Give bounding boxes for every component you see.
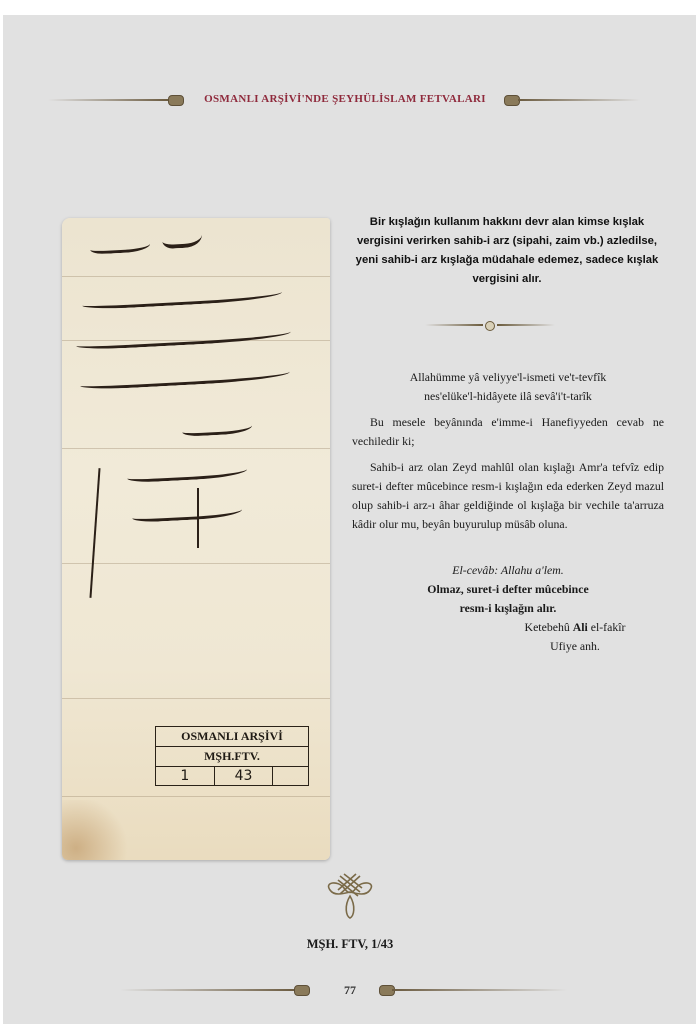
calligraphy-stroke bbox=[127, 460, 248, 483]
answer-text: Olmaz, suret-i defter mûcebince resm-i k… bbox=[352, 580, 664, 618]
calligraphy-stroke bbox=[182, 416, 253, 437]
stamp-archive-name: OSMANLI ARŞİVİ bbox=[156, 727, 308, 747]
invocation-line-2: nes'elüke'l-hidâyete ilâ sevâ'i't-tarîk bbox=[352, 387, 664, 406]
answer-line-2: resm-i kışlağın alır. bbox=[352, 599, 664, 618]
page-number: 77 bbox=[330, 983, 370, 998]
stamp-cell-empty bbox=[273, 767, 308, 786]
invocation: Allahümme yâ veliyye'l-ismeti ve't-tevfî… bbox=[352, 368, 664, 406]
invocation-line-1: Allahümme yâ veliyye'l-ismeti ve't-tevfî… bbox=[352, 368, 664, 387]
header-rule-right bbox=[518, 99, 640, 101]
calligraphy-stroke bbox=[197, 488, 199, 548]
finial-ornament-icon bbox=[168, 95, 184, 106]
calligraphy-stroke bbox=[90, 234, 151, 254]
age-stain bbox=[62, 800, 132, 860]
fetva-summary: Bir kışlağın kullanım hakkını devr alan … bbox=[352, 213, 662, 289]
fold-line bbox=[62, 796, 330, 797]
running-head: OSMANLI ARŞİVİ'NDE ŞEYHÜLİSLAM FETVALARI bbox=[190, 93, 500, 105]
footer-rule-right bbox=[392, 989, 567, 991]
finial-ornament-icon bbox=[294, 985, 310, 996]
calligraphy-stroke bbox=[82, 283, 283, 310]
signature: Ketebehû Ali el-fakîr Ufiye anh. bbox=[500, 618, 650, 656]
document-caption: MŞH. FTV, 1/43 bbox=[250, 937, 450, 952]
signature-suffix: el-fakîr bbox=[588, 620, 626, 634]
answer-label: El-cevâb: Allahu a'lem. bbox=[352, 561, 664, 580]
footer-rule-left bbox=[120, 989, 295, 991]
archive-stamp: OSMANLI ARŞİVİ MŞH.FTV. 1 43 bbox=[155, 726, 309, 786]
stamp-numbers: 1 43 bbox=[156, 767, 308, 786]
calligraphy-stroke bbox=[161, 219, 202, 249]
signature-prefix: Ketebehû bbox=[525, 620, 573, 634]
signature-line-2: Ufiye anh. bbox=[500, 637, 650, 656]
header-rule-left bbox=[48, 99, 168, 101]
question-text: Sahib-i arz olan Zeyd mahlûl olan kışlağ… bbox=[352, 458, 664, 534]
fold-line bbox=[62, 563, 330, 564]
fold-line bbox=[62, 698, 330, 699]
fold-line bbox=[62, 276, 330, 277]
calligraphy-stroke bbox=[76, 322, 292, 350]
fold-line bbox=[62, 448, 330, 449]
signature-line-1: Ketebehû Ali el-fakîr bbox=[500, 618, 650, 637]
divider-ornament-icon bbox=[425, 322, 555, 328]
calligraphy-stroke bbox=[132, 500, 243, 523]
stamp-collection: MŞH.FTV. bbox=[156, 747, 308, 767]
stamp-cell-folder: 1 bbox=[156, 767, 215, 786]
question-intro: Bu mesele beyânında e'imme-i Hanefiyyede… bbox=[352, 413, 664, 451]
answer-line-1: Olmaz, suret-i defter mûcebince bbox=[352, 580, 664, 599]
calligraphy-stroke bbox=[89, 468, 100, 598]
stamp-cell-document: 43 bbox=[215, 767, 274, 786]
manuscript-image: OSMANLI ARŞİVİ MŞH.FTV. 1 43 bbox=[62, 218, 330, 860]
calligraphy-stroke bbox=[80, 363, 291, 391]
knot-ornament-icon bbox=[322, 872, 378, 922]
signature-name: Ali bbox=[573, 620, 588, 634]
